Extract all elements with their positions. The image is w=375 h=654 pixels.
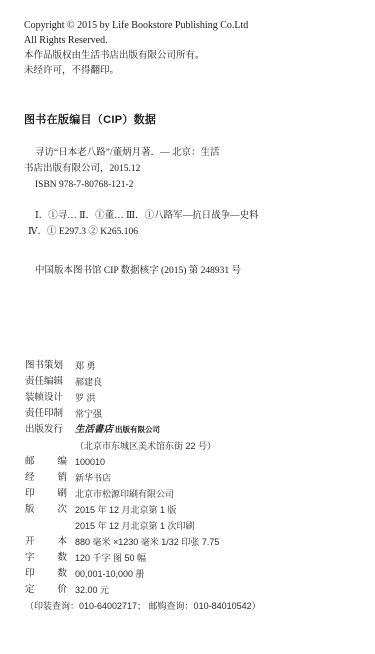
credit-row-publisher: 出版发行 生活書店 出版有限公司 [25,424,160,436]
label-char: 数 [57,568,67,580]
publisher-address: （北京市东城区美术馆东街 22 号） [75,440,216,452]
credit-row-print-run: 印数 00,001-10,000 册 [25,568,145,580]
credit-row-address: （北京市东城区美术馆东街 22 号） [25,440,216,452]
credit-value: 郝建良 [75,376,102,388]
cip-subjects-line2: Ⅳ．① E297.3 ② K265.106 [28,226,138,238]
credit-value: 100010 [75,456,105,468]
label-char: 印 [25,488,35,500]
copyright-line-chinese: 本作品版权由生活书店出版有限公司所有。 [24,50,205,62]
copyright-line-english: Copyright © 2015 by Life Bookstore Publi… [24,20,248,32]
no-reprint-notice: 未经许可，不得翻印。 [24,65,119,77]
label-char: 开 [25,536,35,548]
publisher-logo: 生活書店 [75,424,113,436]
rights-reserved-line: All Rights Reserved. [24,35,108,47]
credit-row-printing: 2015 年 12 月北京第 1 次印刷 [25,520,195,532]
cip-verification-number: 中国版本图书馆 CIP 数据核字 (2015) 第 248931 号 [35,265,241,277]
credit-label: 责任编辑 [25,376,75,388]
cip-entry-line2: 书店出版有限公司，2015.12 [24,163,140,175]
credit-label: 印数 [25,568,67,580]
label-char: 印 [25,568,35,580]
credit-value: 880 毫米 ×1230 毫米 1/32 印张 7.75 [75,536,219,548]
publisher-name: 出版有限公司 [115,424,160,436]
credit-value: 00,001-10,000 册 [75,568,145,580]
credit-row-designer: 装帧设计 罗 洪 [25,392,96,404]
credit-label: 责任印制 [25,408,75,420]
label-char: 次 [57,504,67,516]
label-char: 邮 [25,456,35,468]
cip-isbn: ISBN 978-7-80768-121-2 [35,179,133,191]
credit-row-printer: 印刷 北京市松源印刷有限公司 [25,488,174,500]
credit-value: 2015 年 12 月北京第 1 版 [75,504,177,516]
credit-label: 图书策划 [25,360,75,372]
credit-value: 32.00 元 [75,584,109,596]
label-char: 价 [57,584,67,596]
label-char: 销 [57,472,67,484]
credit-label: 装帧设计 [25,392,75,404]
credit-label-empty [25,520,75,532]
credit-label: 开本 [25,536,67,548]
cip-heading: 图书在版编目（CIP）数据 [24,114,156,126]
credit-label: 邮编 [25,456,67,468]
label-char: 数 [57,552,67,564]
label-char: 定 [25,584,35,596]
credit-label-empty [25,440,75,452]
credit-row-format: 开本 880 毫米 ×1230 毫米 1/32 印张 7.75 [25,536,219,548]
contact-info: （印装查询：010-64002717； 邮购查询：010-84010542） [25,600,261,612]
credit-label: 出版发行 [25,424,75,436]
credit-row-planner: 图书策划 郑 勇 [25,360,96,372]
label-char: 字 [25,552,35,564]
label-char: 本 [57,536,67,548]
credit-label: 印刷 [25,488,67,500]
credit-value: 常宁强 [75,408,102,420]
contact-phone-numbers: （印装查询：010-64002717； 邮购查询：010-84010542） [25,600,261,612]
cip-subjects-line1: Ⅰ．①寻… Ⅱ．①董… Ⅲ．①八路军—抗日战争—史料 [35,210,259,222]
credit-label: 经销 [25,472,67,484]
credit-row-postcode: 邮编 100010 [25,456,105,468]
label-char: 刷 [57,488,67,500]
label-char: 编 [57,456,67,468]
credit-value: 120 千字 图 50 幅 [75,552,146,564]
credit-label: 版次 [25,504,67,516]
credit-row-edition: 版次 2015 年 12 月北京第 1 版 [25,504,177,516]
credit-label: 字数 [25,552,67,564]
cip-entry-line1: 寻访“日本老八路”/董炳月著．— 北京：生活 [35,147,219,159]
credit-value: 北京市松源印刷有限公司 [75,488,174,500]
label-char: 版 [25,504,35,516]
credit-value: 2015 年 12 月北京第 1 次印刷 [75,520,195,532]
credit-row-price: 定价 32.00 元 [25,584,109,596]
label-char: 经 [25,472,35,484]
credit-value: 新华书店 [75,472,111,484]
credit-value: 郑 勇 [75,360,96,372]
credit-row-printing-supervisor: 责任印制 常宁强 [25,408,102,420]
credit-label: 定价 [25,584,67,596]
credit-row-distributor: 经销 新华书店 [25,472,111,484]
credit-row-editor: 责任编辑 郝建良 [25,376,102,388]
credit-value: 罗 洪 [75,392,96,404]
credit-row-word-count: 字数 120 千字 图 50 幅 [25,552,146,564]
